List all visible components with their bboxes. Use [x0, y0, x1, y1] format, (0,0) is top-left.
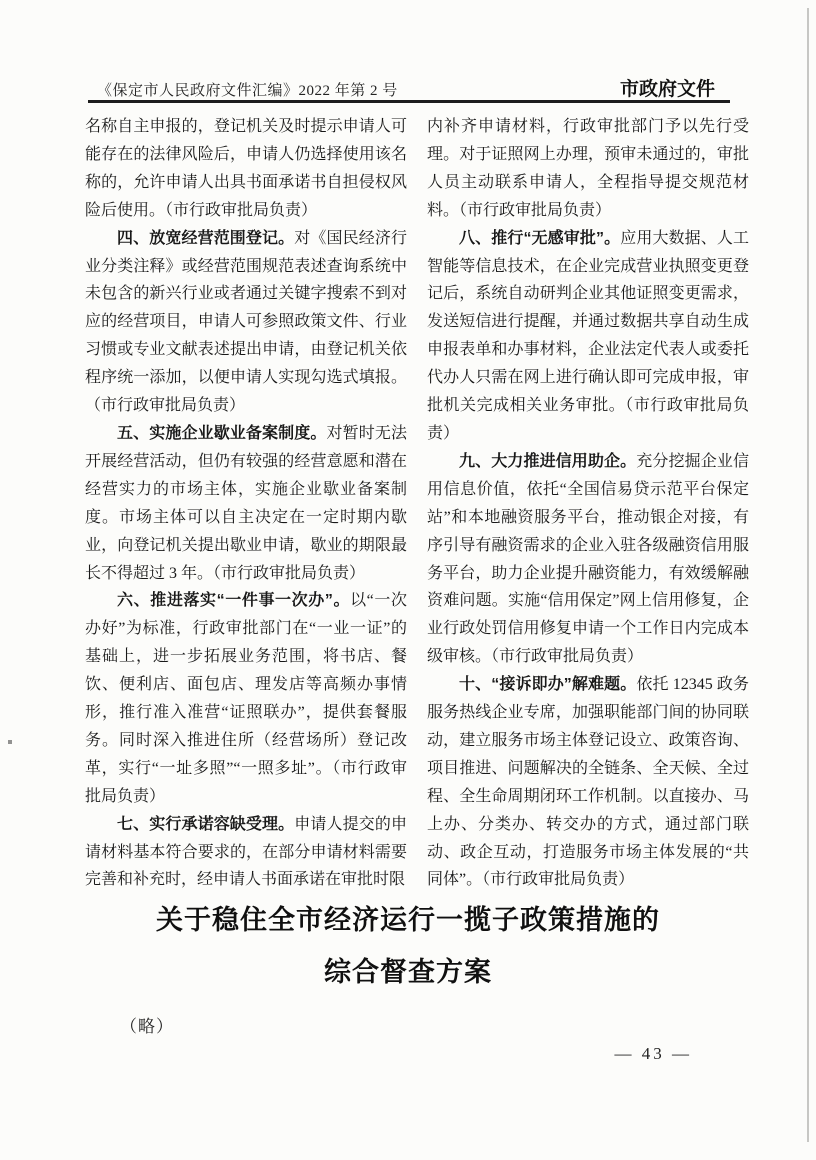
paragraph-item-8: 八、推行“无感审批”。应用大数据、人工智能等信息技术，在企业完成营业执照变更登记… [427, 225, 749, 448]
scan-speck [8, 740, 12, 744]
paragraph-body: 应用大数据、人工智能等信息技术，在企业完成营业执照变更登记后，系统自动研判企业其… [427, 230, 749, 442]
paragraph-lead: 五、实施企业歇业备案制度。 [117, 425, 327, 442]
paragraph-lead: 九、大力推进信用助企。 [459, 453, 636, 470]
paragraph-body: 充分挖掘企业信用信息价值，依托“全国信易贷示范平台保定站”和本地融资服务平台，推… [427, 453, 749, 665]
header-rule [88, 100, 730, 103]
paragraph-item-5: 五、实施企业歇业备案制度。对暂时无法开展经营活动，但仍有较强的经营意愿和潜在经营… [85, 420, 407, 587]
paragraph-item-10: 十、“接诉即办”解难题。依托 12345 政务服务热线企业专席，加强职能部门间的… [427, 671, 749, 894]
paragraph-body: 内补齐申请材料，行政审批部门予以先行受理。对于证照网上办理，预审未通过的，审批人… [427, 118, 749, 219]
document-title-line1: 关于稳住全市经济运行一揽子政策措施的 [0, 894, 816, 946]
paragraph-lead: 八、推行“无感审批”。 [459, 230, 620, 247]
paragraph-body: 名称自主申报的，登记机关及时提示申请人可能存在的法律风险后，申请人仍选择使用该名… [85, 118, 407, 219]
paragraph-lead: 七、实行承诺容缺受理。 [117, 816, 294, 833]
page-number: — 43 — [615, 1044, 693, 1064]
body-columns: 名称自主申报的，登记机关及时提示申请人可能存在的法律风险后，申请人仍选择使用该名… [85, 113, 749, 894]
paragraph-item-4: 四、放宽经营范围登记。对《国民经济行业分类注释》或经营范围规范表述查询系统中未包… [85, 225, 407, 420]
paragraph-body: 对《国民经济行业分类注释》或经营范围规范表述查询系统中未包含的新兴行业或者通过关… [85, 230, 407, 414]
right-column: 内补齐申请材料，行政审批部门予以先行受理。对于证照网上办理，预审未通过的，审批人… [427, 113, 749, 894]
paragraph-body: 依托 12345 政务服务热线企业专席，加强职能部门间的协同联动，建立服务市场主… [427, 676, 749, 888]
paragraph-body: 对暂时无法开展经营活动，但仍有较强的经营意愿和潜在经营实力的市场主体，实施企业歇… [85, 425, 407, 582]
paragraph-body: 以“一次办好”为标准，行政审批部门在“一业一证”的基础上，进一步拓展业务范围，将… [85, 592, 407, 804]
header-section-label: 市政府文件 [620, 74, 715, 101]
paragraph-item-7: 七、实行承诺容缺受理。申请人提交的申请材料基本符合要求的，在部分申请材料需要完善… [85, 811, 407, 895]
paragraph-item-6: 六、推进落实“一件事一次办”。以“一次办好”为标准，行政审批部门在“一业一证”的… [85, 587, 407, 810]
header-volume-label: 《保定市人民政府文件汇编》2022 年第 2 号 [97, 79, 398, 100]
omitted-note: （略） [120, 1012, 174, 1037]
document-title: 关于稳住全市经济运行一揽子政策措施的 综合督查方案 [0, 894, 816, 998]
document-page: 《保定市人民政府文件汇编》2022 年第 2 号 市政府文件 名称自主申报的，登… [0, 0, 816, 1160]
paragraph-continued: 内补齐申请材料，行政审批部门予以先行受理。对于证照网上办理，预审未通过的，审批人… [427, 113, 749, 225]
paragraph-lead: 六、推进落实“一件事一次办”。 [117, 592, 350, 609]
paragraph-continued: 名称自主申报的，登记机关及时提示申请人可能存在的法律风险后，申请人仍选择使用该名… [85, 113, 407, 225]
paragraph-lead: 十、“接诉即办”解难题。 [459, 676, 636, 693]
paragraph-lead: 四、放宽经营范围登记。 [117, 230, 294, 247]
paragraph-item-9: 九、大力推进信用助企。充分挖掘企业信用信息价值，依托“全国信易贷示范平台保定站”… [427, 448, 749, 671]
document-title-line2: 综合督查方案 [0, 946, 816, 998]
left-column: 名称自主申报的，登记机关及时提示申请人可能存在的法律风险后，申请人仍选择使用该名… [85, 113, 407, 894]
